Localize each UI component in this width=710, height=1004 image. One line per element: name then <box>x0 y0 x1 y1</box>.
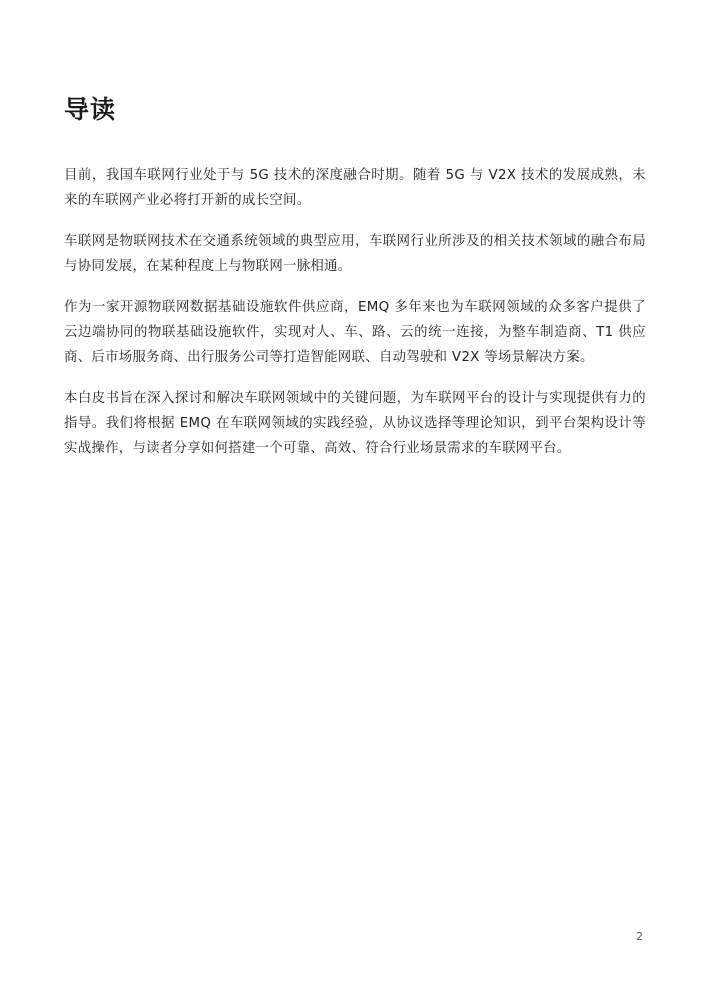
paragraph-emq-background: 作为一家开源物联网数据基础设施软件供应商，EMQ 多年来也为车联网领域的众多客户… <box>64 295 646 370</box>
page-title: 导读 <box>64 92 116 128</box>
paragraph-intro: 目前，我国车联网行业处于与 5G 技术的深度融合时期。随着 5G 与 V2X 技… <box>64 163 646 213</box>
document-page: 导读 目前，我国车联网行业处于与 5G 技术的深度融合时期。随着 5G 与 V2… <box>0 0 710 1004</box>
paragraph-whitepaper-purpose: 本白皮书旨在深入探讨和解决车联网领域中的关键问题，为车联网平台的设计与实现提供有… <box>64 386 646 461</box>
page-number: 2 <box>636 930 643 943</box>
paragraph-iov-definition: 车联网是物联网技术在交通系统领域的典型应用，车联网行业所涉及的相关技术领域的融合… <box>64 229 646 279</box>
body-content: 目前，我国车联网行业处于与 5G 技术的深度融合时期。随着 5G 与 V2X 技… <box>64 163 646 477</box>
